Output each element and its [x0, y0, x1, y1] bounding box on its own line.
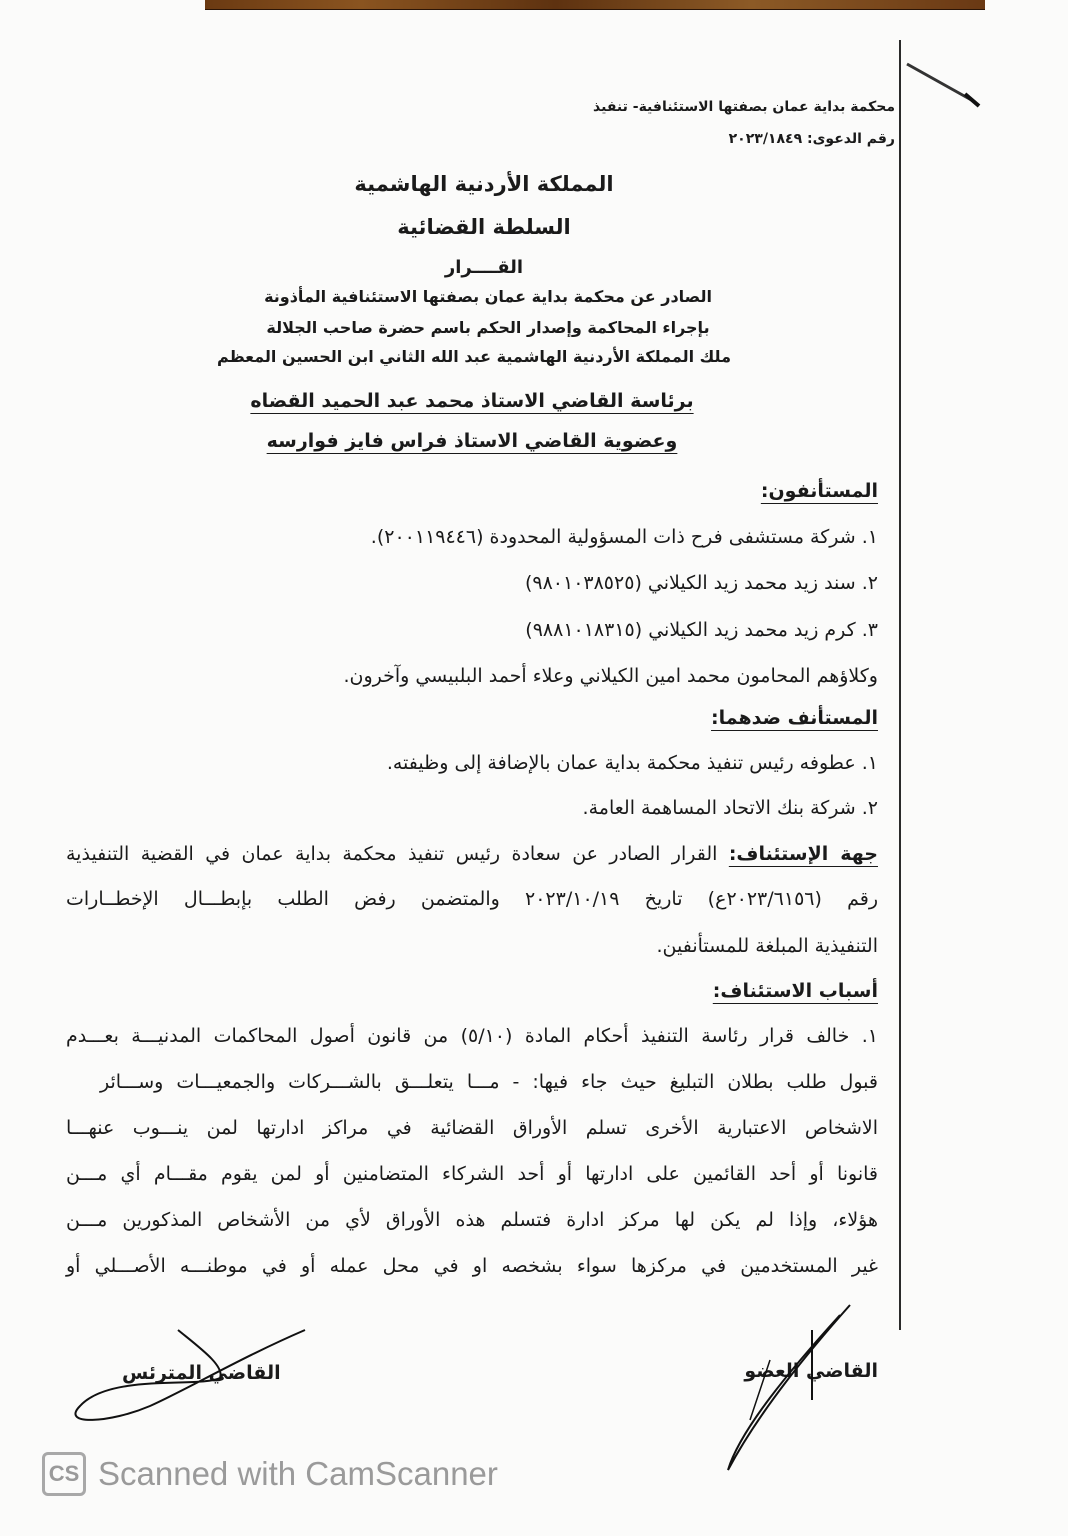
- pen-mark: [905, 60, 985, 110]
- appeal-subject-heading: جهة الإستئناف:: [729, 843, 878, 865]
- issued-line-2: بإجراء المحاكمة وإصدار الحكم باسم حضرة ص…: [0, 318, 1022, 337]
- appeal-subject-line-2: رقم (٢٠٢٣/٦١٥٦ع) تاريخ ٢٠٢٣/١٠/١٩ والمتض…: [66, 888, 878, 910]
- grounds-line: الاشخاص الاعتبارية الأخرى تسلم الأوراق ا…: [66, 1117, 878, 1139]
- court-line: محكمة بداية عمان بصفتها الاستئنافية- تنف…: [593, 99, 895, 115]
- camscanner-text: Scanned with CamScanner: [98, 1455, 498, 1493]
- issued-line-3: ملك المملكة الأردنية الهاشمية عبد الله ا…: [0, 347, 1008, 366]
- appellant-item: ٢. سند زيد محمد زيد الكيلاني (٩٨٠١٠٣٨٥٢٥…: [525, 572, 878, 594]
- grounds-heading: أسباب الاستئناف:: [713, 980, 878, 1002]
- camscanner-watermark: CS Scanned with CamScanner: [42, 1452, 498, 1496]
- respondent-item: ١. عطوفه رئيس تنفيذ محكمة بداية عمان بال…: [387, 752, 878, 774]
- grounds-line: قبول طلب بطلان التبليغ حيث جاء فيها: - م…: [100, 1071, 878, 1093]
- grounds-line: قانونا أو أحد القائمين على ادارتها أو أح…: [66, 1163, 878, 1185]
- kingdom-title: المملكة الأردنية الهاشمية: [0, 172, 1018, 196]
- appellants-heading: المستأنفون:: [761, 480, 878, 502]
- member-judge-line: وعضوية القاضي الاستاذ فراس فايز فوارسه: [0, 430, 1006, 452]
- grounds-line: ١. خالف قرار رئاسة التنفيذ أحكام المادة …: [66, 1025, 878, 1047]
- decision-title: القــــرار: [0, 257, 1018, 278]
- case-number: ٢٠٢٣/١٨٤٩: [729, 131, 802, 147]
- appellant-item: ١. شركة مستشفى فرح ذات المسؤولية المحدود…: [371, 526, 878, 548]
- appellants-attorneys: وكلاؤهم المحامون محمد امين الكيلاني وعلا…: [343, 665, 878, 687]
- grounds-line: هؤلاء، وإذا لم يكن لها مركز ادارة فتسلم …: [66, 1209, 878, 1231]
- case-number-label: رقم الدعوى:: [807, 131, 895, 147]
- appeal-subject-line-1: جهة الإستئناف: القرار الصادر عن سعادة رئ…: [66, 843, 878, 865]
- case-number-row: رقم الدعوى: ٢٠٢٣/١٨٤٩: [729, 131, 895, 147]
- member-judge-signature: [700, 1300, 860, 1480]
- appellant-item: ٣. كرم زيد محمد زيد الكيلاني (٩٨٨١٠١٨٣١٥…: [525, 619, 878, 641]
- respondents-heading: المستأنف ضدهما:: [711, 707, 878, 729]
- presiding-judge-signature: [50, 1318, 320, 1428]
- respondent-item: ٢. شركة بنك الاتحاد المساهمة العامة.: [583, 797, 878, 819]
- authority-title: السلطة القضائية: [0, 215, 1018, 239]
- wooden-table-edge: [205, 0, 985, 10]
- grounds-line: غير المستخدمين في مركزها سواء بشخصه او ف…: [66, 1255, 878, 1277]
- issued-line-1: الصادر عن محكمة بداية عمان بصفتها الاستئ…: [0, 287, 1022, 306]
- camscanner-logo-icon: CS: [42, 1452, 86, 1496]
- presiding-judge-line: برئاسة القاضي الاستاذ محمد عبد الحميد ال…: [0, 390, 1006, 412]
- appeal-subject-line-3: التنفيذية المبلغة للمستأنفين.: [656, 935, 878, 957]
